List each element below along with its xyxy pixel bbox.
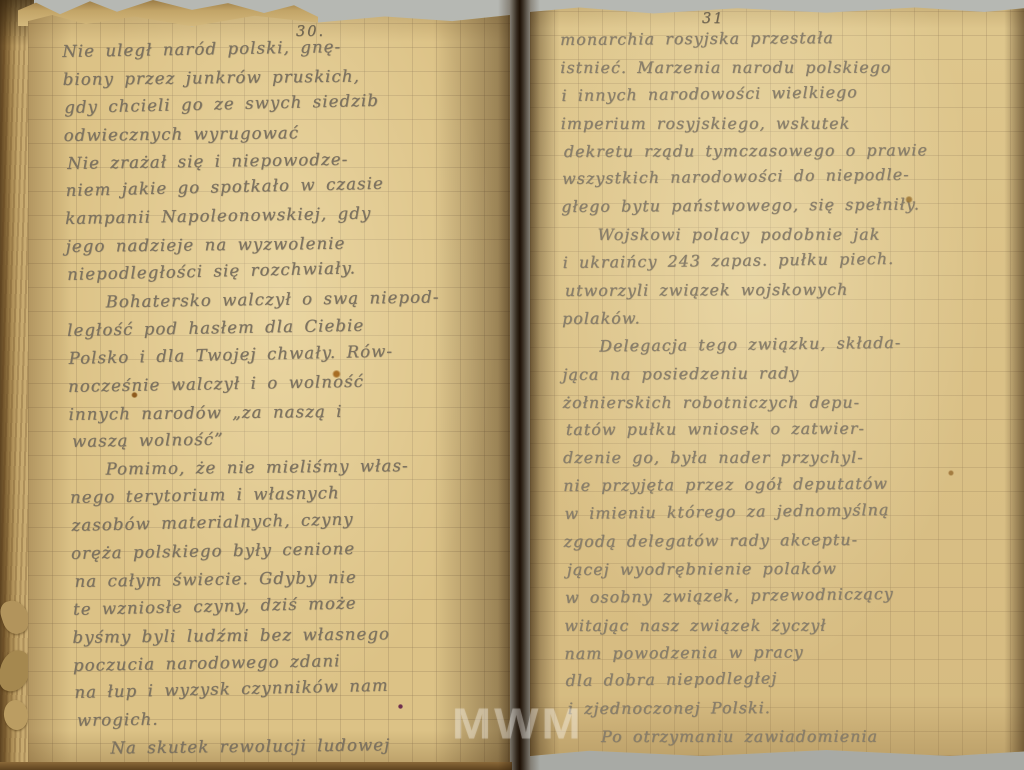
- handwritten-line: dzenie go, była nader przychyl-: [563, 444, 1024, 472]
- scan-background: { "notebook": { "watermark": "MWM", "col…: [0, 0, 1024, 770]
- handwritten-line: Nie uległ naród polski, gnę-: [62, 30, 508, 66]
- handwritten-line: dla dobra niepodległej: [565, 662, 1024, 696]
- handwritten-line: witając nasz związek życzył: [564, 611, 1024, 639]
- torn-paper-flap: [2, 698, 30, 731]
- handwritten-line: wszystkich narodowości do niepodle-: [562, 160, 1024, 194]
- handwritten-line: w imieniu którego za jednomyślną: [564, 494, 1024, 528]
- handwritten-line: Pomimo, że nie mieliśmy włas-: [69, 451, 510, 484]
- cover-bottom-edge: [0, 762, 512, 770]
- rust-stain: [948, 470, 954, 476]
- handwritten-line: i innych narodowości wielkiego: [561, 76, 1024, 110]
- rust-stain: [905, 196, 913, 203]
- handwritten-line: i ukraińcy 243 zapas. pułku piech.: [562, 243, 1024, 277]
- handwritten-line: w osobny związek, przewodniczący: [565, 578, 1024, 612]
- handwritten-line: Na skutek rewolucji ludowej: [74, 730, 510, 763]
- page-left: 30. Nie uległ naród polski, gnę-biony pr…: [28, 12, 510, 768]
- handwritten-line: głego bytu państwowego, się spełniły.: [561, 190, 1024, 221]
- handwritten-line: monarchia rosyjska przestała: [560, 23, 1024, 54]
- torn-paper-flap: [0, 597, 33, 637]
- archive-watermark: MWM: [452, 698, 584, 749]
- handwritten-line: imperium rosyjskiego, wskutek: [561, 109, 1024, 137]
- handwritten-line: byśmy byli ludźmi bez własnego: [72, 619, 510, 652]
- handwritten-line: i zjednoczonej Polski.: [568, 693, 1024, 723]
- handwritten-line: żołnierskich robotniczych depu-: [563, 388, 1024, 416]
- handwritten-line: jąca na posiedzeniu rady: [562, 357, 1024, 388]
- handwriting-right: monarchia rosyjska przestałaistnieć. Mar…: [560, 23, 1024, 751]
- handwritten-line: zgodą delegatów rady akceptu-: [564, 525, 1024, 556]
- handwritten-line: Po otrzymaniu zawiadomienia: [565, 723, 1024, 751]
- ink-speck: [398, 704, 403, 709]
- handwritten-line: Delegacja tego związku, składa-: [563, 327, 1024, 361]
- rust-stain: [332, 370, 341, 378]
- notebook-scan: 30. Nie uległ naród polski, gnę-biony pr…: [0, 0, 1024, 770]
- handwritten-line: tatów pułku wniosek o zatwier-: [566, 414, 1024, 444]
- handwriting-left: Nie uległ naród polski, gnę-biony przez …: [62, 30, 510, 763]
- rust-stain: [131, 392, 138, 398]
- handwritten-line: utworzyli związek wojskowych: [565, 275, 1024, 305]
- book-gutter: [498, 0, 540, 770]
- page-right: 31 monarchia rosyjska przestałaistnieć. …: [530, 6, 1024, 756]
